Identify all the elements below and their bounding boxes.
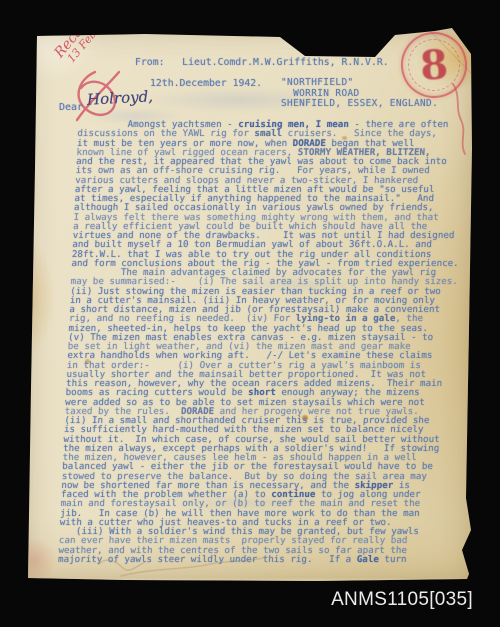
- body-line: rig, and no reefing is needed. (iv) For …: [69, 314, 457, 323]
- photo-background: Recd 13 Feb 43 8 From: Lieut.Comdr.M.W.G…: [0, 0, 500, 627]
- address-block: "NORTHFIELD" WORRIN ROADSHENFIELD, ESSEX…: [281, 78, 438, 110]
- address-line: SHENFIELD, ESSEX, ENGLAND.: [281, 99, 438, 110]
- body-line: majority of yawls steer wildly under thi…: [58, 555, 446, 564]
- letter-paper: Recd 13 Feb 43 8 From: Lieut.Comdr.M.W.G…: [25, 28, 473, 584]
- body-line: stowed to preserve the balance. But by s…: [62, 472, 450, 481]
- handwritten-name: Holroyd,: [87, 87, 154, 108]
- body-line: a really efficient yawl could be built w…: [73, 222, 461, 231]
- body-line: usually shorter and the mainsail better …: [66, 370, 454, 379]
- body-line: discussions on the YAWL rig for small cr…: [77, 129, 465, 138]
- salutation: Dear: [59, 102, 83, 113]
- body-line: main and forestaysail only, or (b) to re…: [60, 499, 448, 508]
- received-annotation: Recd 13 Feb 43: [53, 6, 110, 67]
- letter-body: Amongst yachtsmen - cruising men, I mean…: [58, 120, 465, 564]
- from-line: From: Lieut.Comdr.M.W.Griffiths, R.N.V.R…: [135, 57, 389, 68]
- body-line: the mizen, however, causes lee helm - as…: [62, 453, 450, 462]
- body-line: may be summarised:- (i) The sail area is…: [70, 277, 458, 286]
- body-line: various cutters and sloops and never a t…: [75, 176, 463, 185]
- body-line: taxed by the rules. DORADE and her proge…: [65, 407, 453, 416]
- body-line: weather, and with the centres of the two…: [58, 546, 446, 555]
- body-line: be set in light weather, and (vi) the mi…: [67, 342, 455, 351]
- date-line: 12th.December 1942.: [150, 78, 262, 89]
- body-line: known line of yawl rigged ocean racers, …: [76, 148, 464, 157]
- archive-label: ANMS1105[035]: [331, 589, 473, 611]
